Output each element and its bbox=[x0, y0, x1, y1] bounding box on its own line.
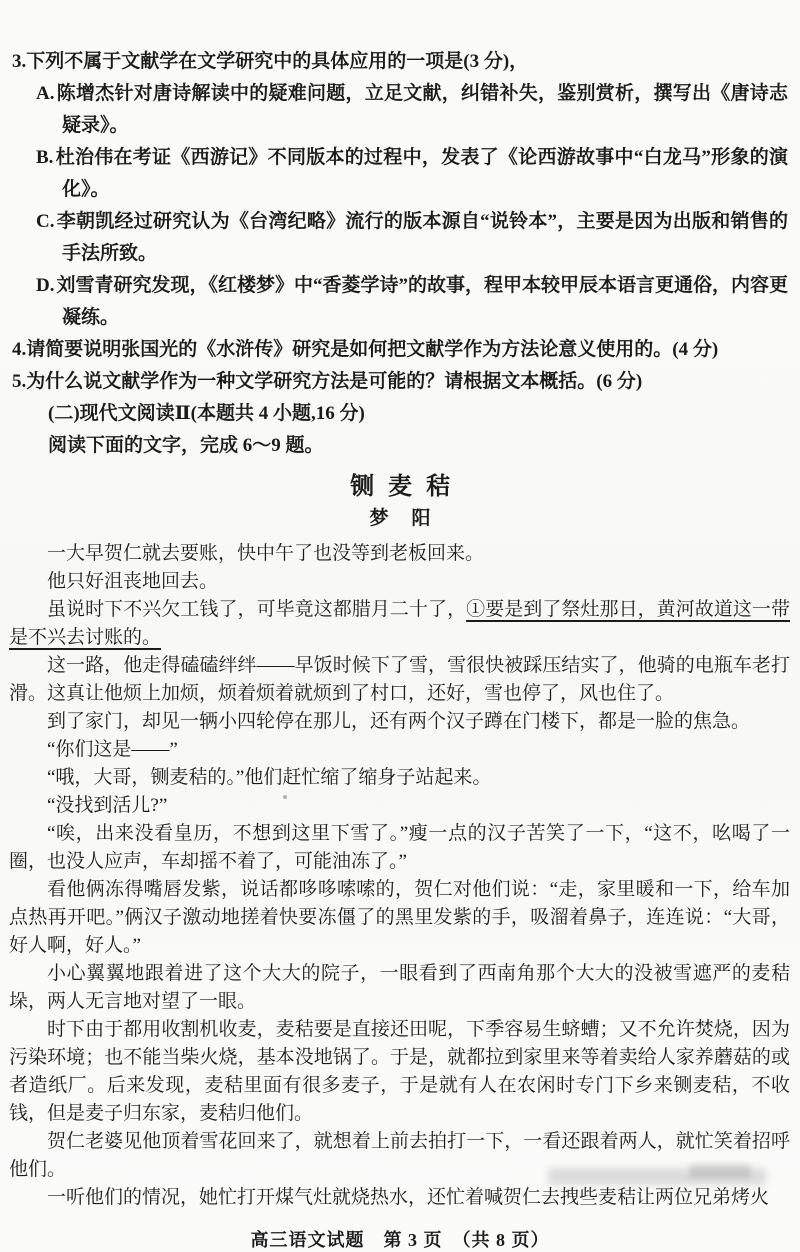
story-paragraph: 小心翼翼地跟着进了这个大大的院子，一眼看到了西南角那个大大的没被雪遮严的麦秸垛，… bbox=[9, 960, 790, 1016]
story-paragraph: 看他俩冻得嘴唇发紫，说话都哆哆嗦嗦的，贺仁对他们说：“走，家里暖和一下，给车加点… bbox=[9, 876, 790, 960]
story-paragraph: 虽说时下不兴欠工钱了，可毕竟这都腊月二十了，①要是到了祭灶那日，黄河故道这一带是… bbox=[9, 596, 790, 652]
story-title: 铡麦秸 bbox=[0, 472, 800, 502]
option-d-text: 刘雪青研究发现，《红楼梦》中“香菱学诗”的故事，程甲本较甲辰本语言更通俗，内容更… bbox=[56, 275, 788, 328]
question-3-option-d: D.刘雪青研究发现，《红楼梦》中“香菱学诗”的故事，程甲本较甲辰本语言更通俗，内… bbox=[12, 270, 788, 334]
question-3-option-c: C.李朝凯经过研究认为《台湾纪略》流行的版本源自“说铃本”，主要是因为出版和销售… bbox=[12, 206, 788, 270]
exam-page: 3.下列不属于文献学在文学研究中的具体应用的一项是(3 分)， A.陈增杰针对唐… bbox=[0, 0, 800, 1252]
question-3-option-a: A.陈增杰针对唐诗解读中的疑难问题，立足文献，纠错补失，鉴别赏析，撰写出《唐诗志… bbox=[12, 78, 788, 142]
option-a-label: A. bbox=[36, 83, 56, 104]
option-b-label: B. bbox=[36, 147, 55, 168]
option-a-text: 陈增杰针对唐诗解读中的疑难问题，立足文献，纠错补失，鉴别赏析，撰写出《唐诗志疑录… bbox=[56, 83, 788, 136]
page-footer: 高三语文试题 第 3 页 （共 8 页） bbox=[0, 1226, 800, 1252]
story-paragraph: “哦，大哥，铡麦秸的。”他们赶忙缩了缩身子站起来。 bbox=[9, 764, 790, 792]
question-3-option-b: B.杜治伟在考证《西游记》不同版本的过程中，发表了《论西游故事中“白龙马”形象的… bbox=[12, 142, 788, 206]
question-4: 4.请简要说明张国光的《水浒传》研究是如何把文献学作为方法论意义使用的。(4 分… bbox=[12, 334, 788, 366]
story-paragraph: 这一路，他走得磕磕绊绊——早饭时候下了雪，雪很快被踩压结实了，他骑的电瓶车老打滑… bbox=[9, 652, 790, 708]
option-c-label: C. bbox=[36, 211, 56, 232]
story-paragraph: 到了家门，却见一辆小四轮停在那儿，还有两个汉子蹲在门楼下，都是一脸的焦急。 bbox=[9, 708, 790, 736]
question-3: 3.下列不属于文献学在文学研究中的具体应用的一项是(3 分)， bbox=[12, 46, 788, 78]
story-paragraph: “没找到活儿?” bbox=[9, 792, 790, 820]
scan-speck bbox=[283, 795, 287, 799]
question-3-text: 下列不属于文献学在文学研究中的具体应用的一项是(3 分)， bbox=[26, 51, 528, 72]
option-b-text: 杜治伟在考证《西游记》不同版本的过程中，发表了《论西游故事中“白龙马”形象的演化… bbox=[55, 147, 788, 200]
story-paragraph: “你们这是——” bbox=[9, 736, 790, 764]
question-5-text: 为什么说文献学作为一种文学研究方法是可能的？请根据文本概括。(6 分) bbox=[26, 371, 642, 392]
story-paragraph: “唉，出来没看皇历，不想到这里下雪了。”瘦一点的汉子苦笑了一下，“这不，吆喝了一… bbox=[9, 820, 790, 876]
story-paragraph: 他只好沮丧地回去。 bbox=[9, 568, 790, 596]
story-body: 一大早贺仁就去要账，快中午了也没等到老板回来。 他只好沮丧地回去。 虽说时下不兴… bbox=[0, 532, 800, 1212]
question-4-text: 请简要说明张国光的《水浒传》研究是如何把文献学作为方法论意义使用的。(4 分) bbox=[26, 339, 718, 360]
questions-block: 3.下列不属于文献学在文学研究中的具体应用的一项是(3 分)， A.陈增杰针对唐… bbox=[0, 0, 800, 462]
question-5: 5.为什么说文献学作为一种文学研究方法是可能的？请根据文本概括。(6 分) bbox=[12, 366, 788, 398]
question-5-number: 5. bbox=[12, 371, 26, 392]
question-3-number: 3. bbox=[12, 51, 26, 72]
section-header: (二)现代文阅读Ⅱ(本题共 4 小题,16 分) bbox=[12, 398, 788, 430]
question-4-number: 4. bbox=[12, 339, 26, 360]
story-paragraph: 一听他们的情况，她忙打开煤气灶就烧热水，还忙着喊贺仁去拽些麦秸让两位兄弟烤火 bbox=[9, 1184, 790, 1212]
story-paragraph: 一大早贺仁就去要账，快中午了也没等到老板回来。 bbox=[9, 540, 790, 568]
scan-smudge-light bbox=[690, 1164, 750, 1178]
story-paragraph-plain-text: 虽说时下不兴欠工钱了，可毕竟这都腊月二十了， bbox=[47, 599, 466, 620]
story-paragraph: 时下由于都用收割机收麦，麦秸要是直接还田呢，下季容易生蛴螬；又不允许焚烧，因为污… bbox=[9, 1016, 790, 1128]
option-c-text: 李朝凯经过研究认为《台湾纪略》流行的版本源自“说铃本”，主要是因为出版和销售的手… bbox=[56, 211, 788, 264]
story-author: 梦 阳 bbox=[0, 506, 800, 532]
section-instruction: 阅读下面的文字，完成 6～9 题。 bbox=[12, 430, 788, 462]
option-d-label: D. bbox=[36, 275, 56, 296]
